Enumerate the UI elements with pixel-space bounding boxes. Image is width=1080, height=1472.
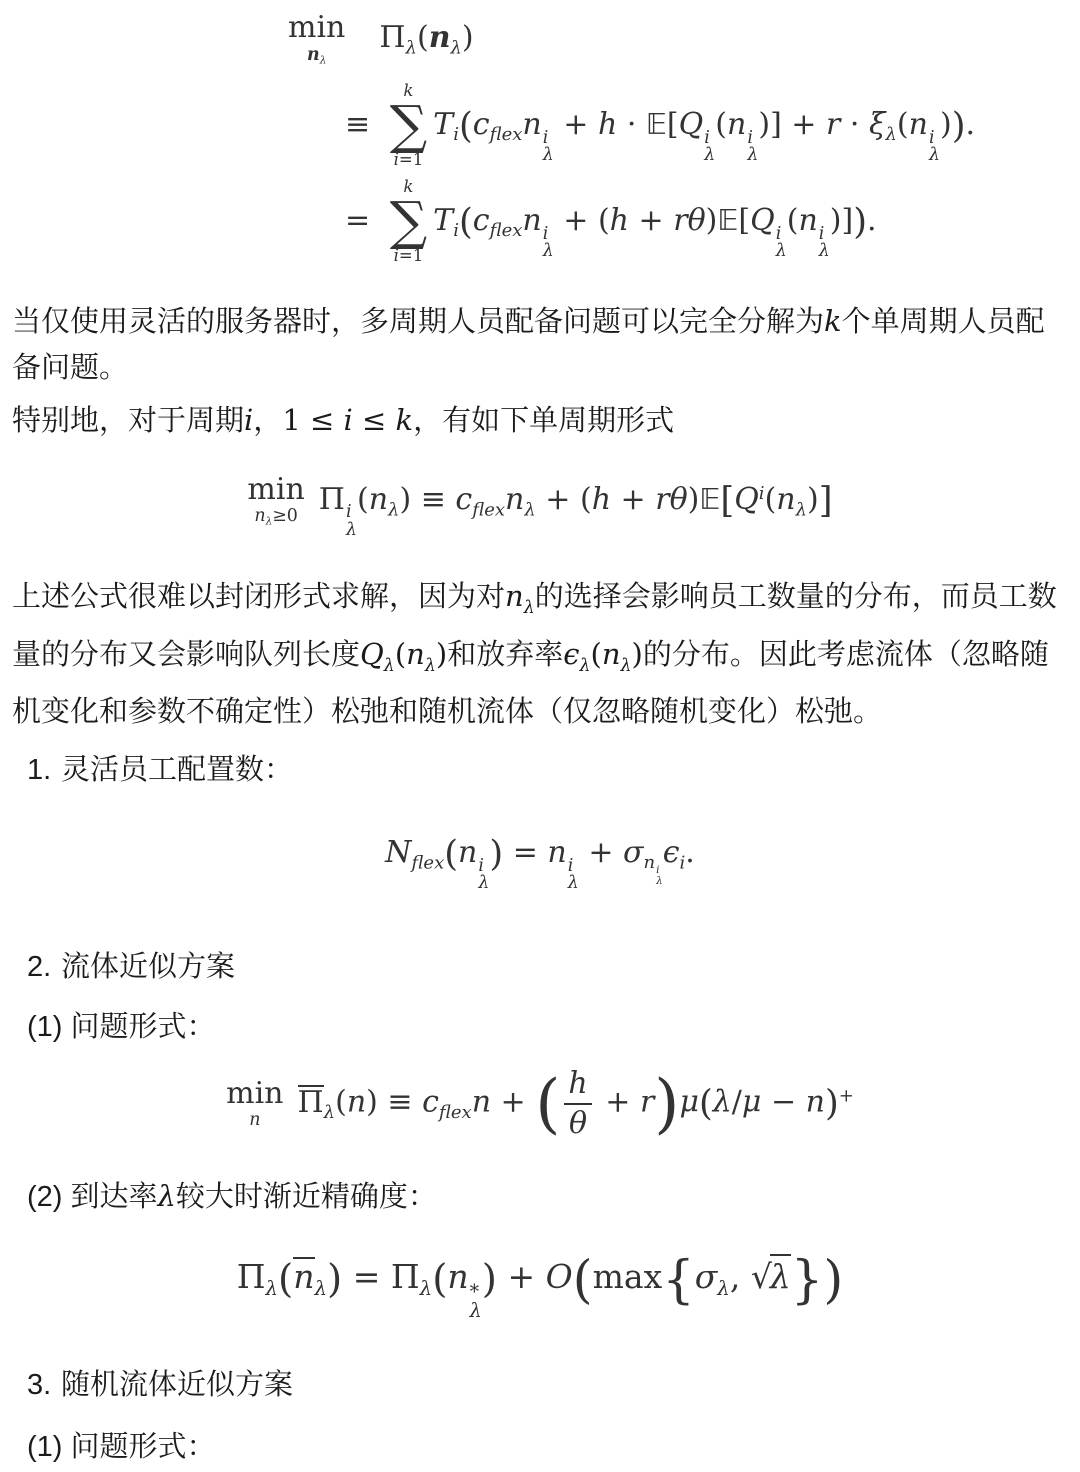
subitem-stochastic-fluid-problem-form: (1) 问题形式： [27, 1424, 1080, 1470]
subitem-fluid-accuracy: (2) 到达率λ较大时渐近精确度： [27, 1173, 1080, 1220]
equation-objective-line1: minnλΠλ(nλ) [288, 12, 1080, 66]
paragraph-difficulty: 上述公式很难以封闭形式求解，因为对nλ的选择会影响员工数量的分布，而员工数量的分… [12, 573, 1064, 735]
list-item-fluid-scheme: 2. 流体近似方案 [27, 944, 1080, 990]
list-item-label: 随机流体近似方案 [61, 1362, 293, 1408]
equation-objective-line3: = k∑i=1Ti(cflexniλ + (h + rθ)𝔼[Qiλ(niλ)]… [345, 178, 1080, 266]
list-item-number: 3. [27, 1362, 61, 1408]
list-item-label: 流体近似方案 [61, 944, 235, 990]
list-item-number: 2. [27, 944, 61, 990]
paragraph-decomposition: 当仅使用灵活的服务器时，多周期人员配备问题可以完全分解为k个单周期人员配备问题。 [12, 298, 1064, 391]
list-item-stochastic-fluid-scheme: 3. 随机流体近似方案 [27, 1362, 1080, 1408]
equation-flex-staffing: Nflex(niλ) = niλ + σniλϵi. [0, 835, 1080, 892]
equation-single-period: minnλ≥0Πiλ(nλ) ≡ cflexnλ + (h + rθ)𝔼[Qi(… [0, 474, 1080, 540]
list-item-flex-staffing: 1. 灵活员工配置数： [27, 747, 1080, 793]
equation-multiperiod-objective: minnλΠλ(nλ) ≡ k∑i=1Ti(cflexniλ + h · 𝔼[Q… [0, 0, 1080, 266]
equation-objective-line2: ≡ k∑i=1Ti(cflexniλ + h · 𝔼[Qiλ(niλ)] + r… [345, 82, 1080, 170]
list-item-number: 1. [27, 747, 61, 793]
list-item-label: 灵活员工配置数： [61, 747, 293, 793]
equation-fluid-accuracy: Πλ(nλ) = Πλ(n*λ) + O(max{σλ, √λ}) [0, 1254, 1080, 1320]
equation-fluid-problem: minnΠλ(n) ≡ cflexn + (hθ + r)μ(λ/μ − n)+ [0, 1068, 1080, 1139]
subitem-fluid-problem-form: (1) 问题形式： [27, 1004, 1080, 1050]
paragraph-single-period-intro: 特别地，对于周期i，1 ≤ i ≤ k，有如下单周期形式 [12, 397, 1064, 444]
document-page: minnλΠλ(nλ) ≡ k∑i=1Ti(cflexniλ + h · 𝔼[Q… [0, 0, 1080, 1472]
